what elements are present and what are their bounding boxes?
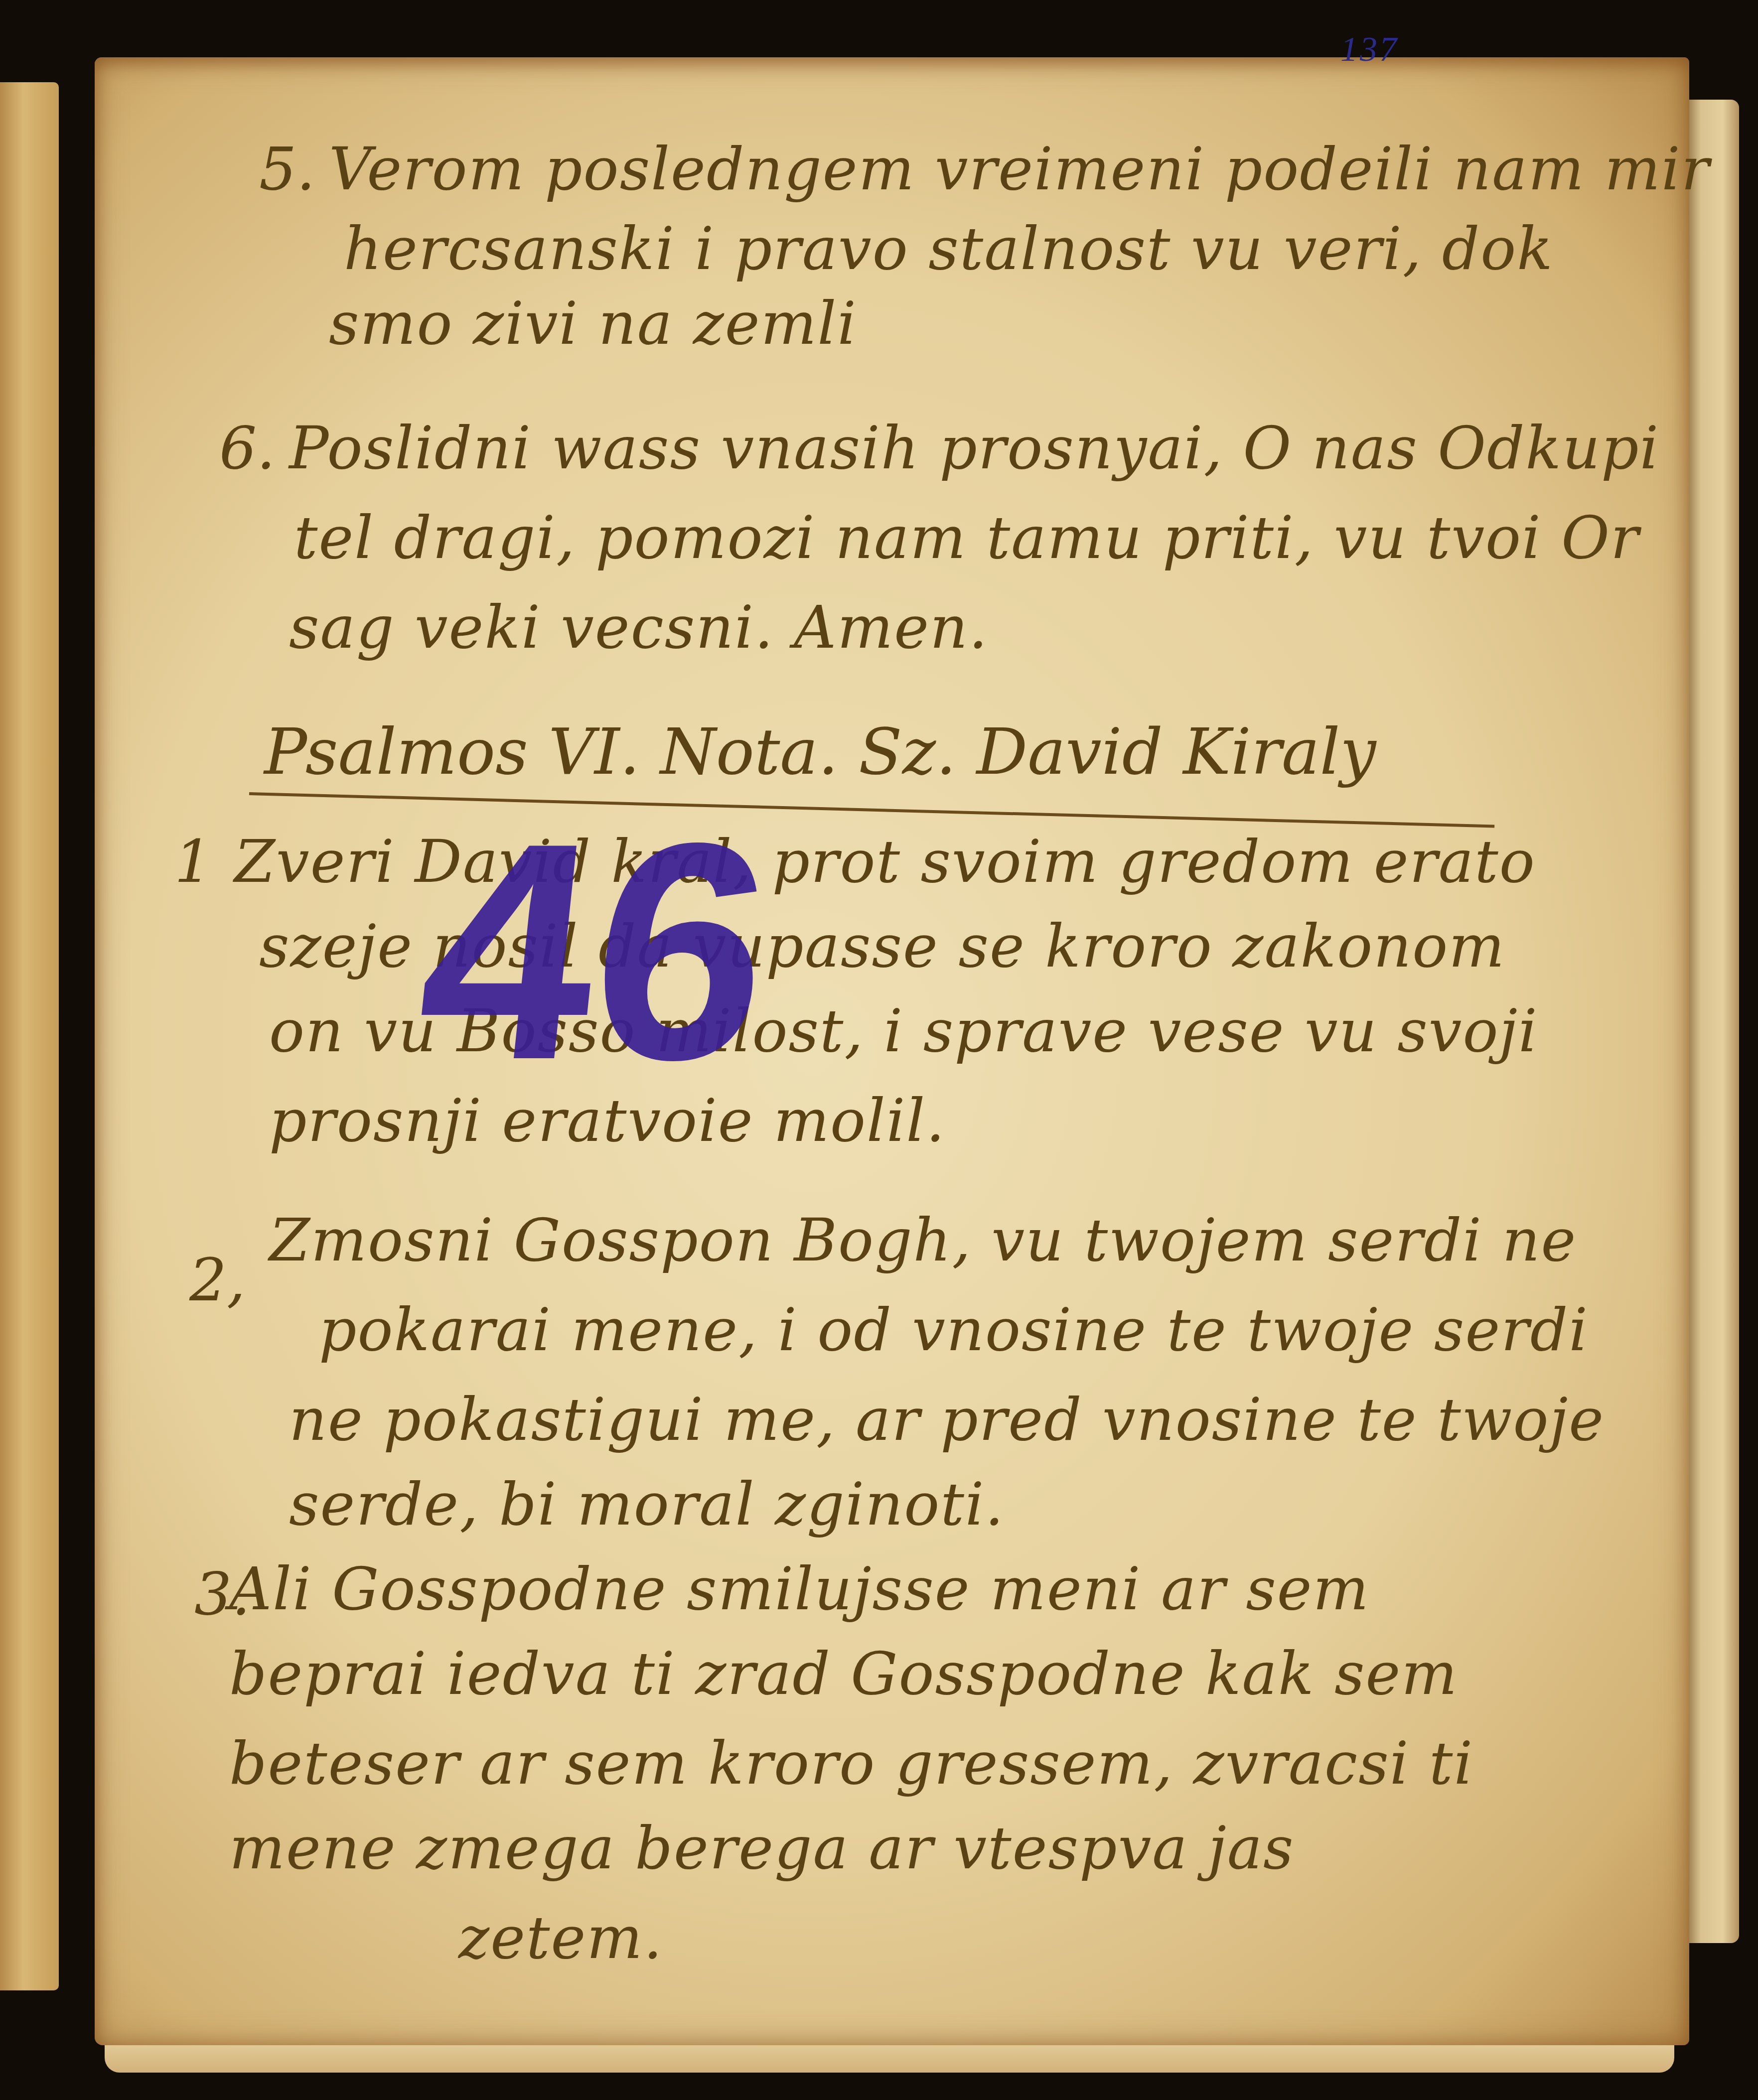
verse-line: Ali Gosspodne smilujsse meni ar sem (229, 1554, 1370, 1623)
verse-line: tel dragi, pomozi nam tamu priti, vu tvo… (294, 503, 1639, 572)
verse-number: 2, (189, 1246, 246, 1314)
verse-line: Zmosni Gosspon Bogh, vu twojem serdi ne (269, 1206, 1577, 1274)
verse-line: smo zivi na zemli (329, 289, 857, 358)
verse-line: zetem. (458, 1903, 663, 1972)
verse-line: serde, bi moral zginoti. (289, 1470, 1005, 1539)
verse-line: beteser ar sem kroro gressem, zvracsi ti (229, 1729, 1473, 1798)
archival-number-stamp: 46 (407, 797, 783, 1106)
verse-number: 1 (174, 827, 212, 896)
verse-line: sag veki vecsni. Amen. (289, 593, 989, 662)
folio-number: 137 (1340, 30, 1399, 70)
right-page-stack-edge (1684, 100, 1739, 1943)
left-facing-page-edge (0, 82, 59, 1990)
verse-number: 6. (219, 414, 276, 482)
verse-line: Poslidni wass vnasih prosnyai, O nas Odk… (289, 414, 1659, 482)
psalm-heading: Psalmos VI. Nota. Sz. David Kiraly (264, 715, 1376, 789)
verse-number: 5. (259, 135, 315, 203)
verse-line: hercsanski i pravo stalnost vu veri, dok (344, 214, 1554, 283)
verse-line: pokarai mene, i od vnosine te twoje serd… (319, 1295, 1589, 1364)
verse-line: Zveri David kral, prot svoim gredom erat… (234, 827, 1536, 896)
verse-line: Verom posledngem vreimeni podeili nam mi… (329, 135, 1710, 203)
verse-line: ne pokastigui me, ar pred vnosine te two… (289, 1385, 1605, 1454)
verse-line: mene zmega berega ar vtespva jas (229, 1814, 1295, 1882)
verse-line: beprai iedva ti zrad Gosspodne kak sem (229, 1639, 1458, 1708)
